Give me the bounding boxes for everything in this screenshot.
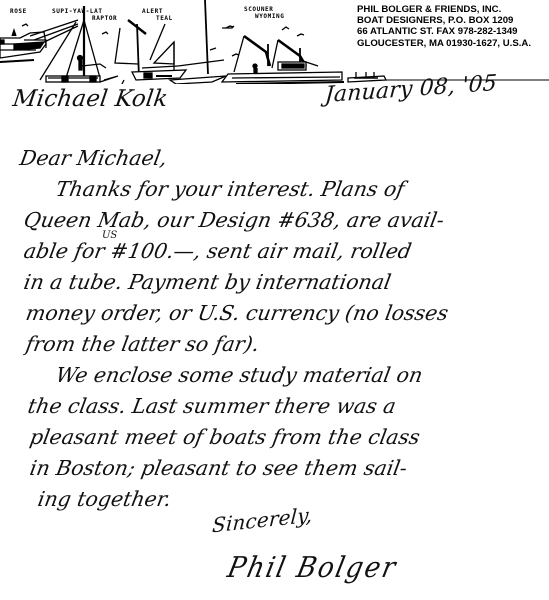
- letterhead: ROSE SUPI-YAW-LAT RAPTOR ALERT TEAL SCOU…: [0, 0, 549, 84]
- boat-label-supi-yaw-lat: SUPI-YAW-LAT: [52, 8, 103, 15]
- boat-label-raptor: RAPTOR: [92, 15, 117, 22]
- body-line: able for #100.—, sent air mail, rolled: [22, 239, 413, 263]
- boat-label-scouner: SCOUNER: [244, 6, 274, 13]
- boat-label-alert: ALERT: [142, 8, 163, 15]
- signature: Phil Bolger: [224, 552, 400, 585]
- body-line: We enclose some study material on: [54, 363, 425, 387]
- company-city: GLOUCESTER, MA 01930-1627, U.S.A.: [357, 38, 531, 49]
- company-address-block: PHIL BOLGER & FRIENDS, INC. BOAT DESIGNE…: [357, 4, 531, 49]
- body-line: in a tube. Payment by international: [22, 270, 393, 294]
- price-currency-note: US: [102, 230, 117, 241]
- company-po-box: BOAT DESIGNERS, P.O. BOX 1209: [357, 15, 531, 26]
- boat-label-rose: ROSE: [10, 8, 27, 15]
- body-line: money order, or U.S. currency (no losses: [24, 301, 450, 325]
- company-street-fax: 66 ATLANTIC ST. FAX 978-282-1349: [357, 26, 531, 37]
- salutation: Dear Michael,: [18, 146, 169, 170]
- body-line: pleasant meet of boats from the class: [28, 425, 422, 449]
- boat-label-teal: TEAL: [156, 15, 173, 22]
- body-line: in Boston; pleasant to see them sail-: [28, 456, 409, 480]
- company-name: PHIL BOLGER & FRIENDS, INC.: [357, 4, 531, 15]
- body-line: the class. Last summer there was a: [26, 394, 398, 418]
- body-line: from the latter so far).: [24, 332, 261, 356]
- boat-label-wyoming: WYOMING: [255, 13, 285, 20]
- body-line: ing together.: [36, 487, 173, 511]
- closing: Sincerely,: [211, 503, 313, 538]
- body-line: Queen Mab, our Design #638, are avail-: [22, 208, 446, 232]
- body-line: Thanks for your interest. Plans of: [54, 177, 406, 201]
- recipient-name: Michael Kolk: [11, 86, 169, 112]
